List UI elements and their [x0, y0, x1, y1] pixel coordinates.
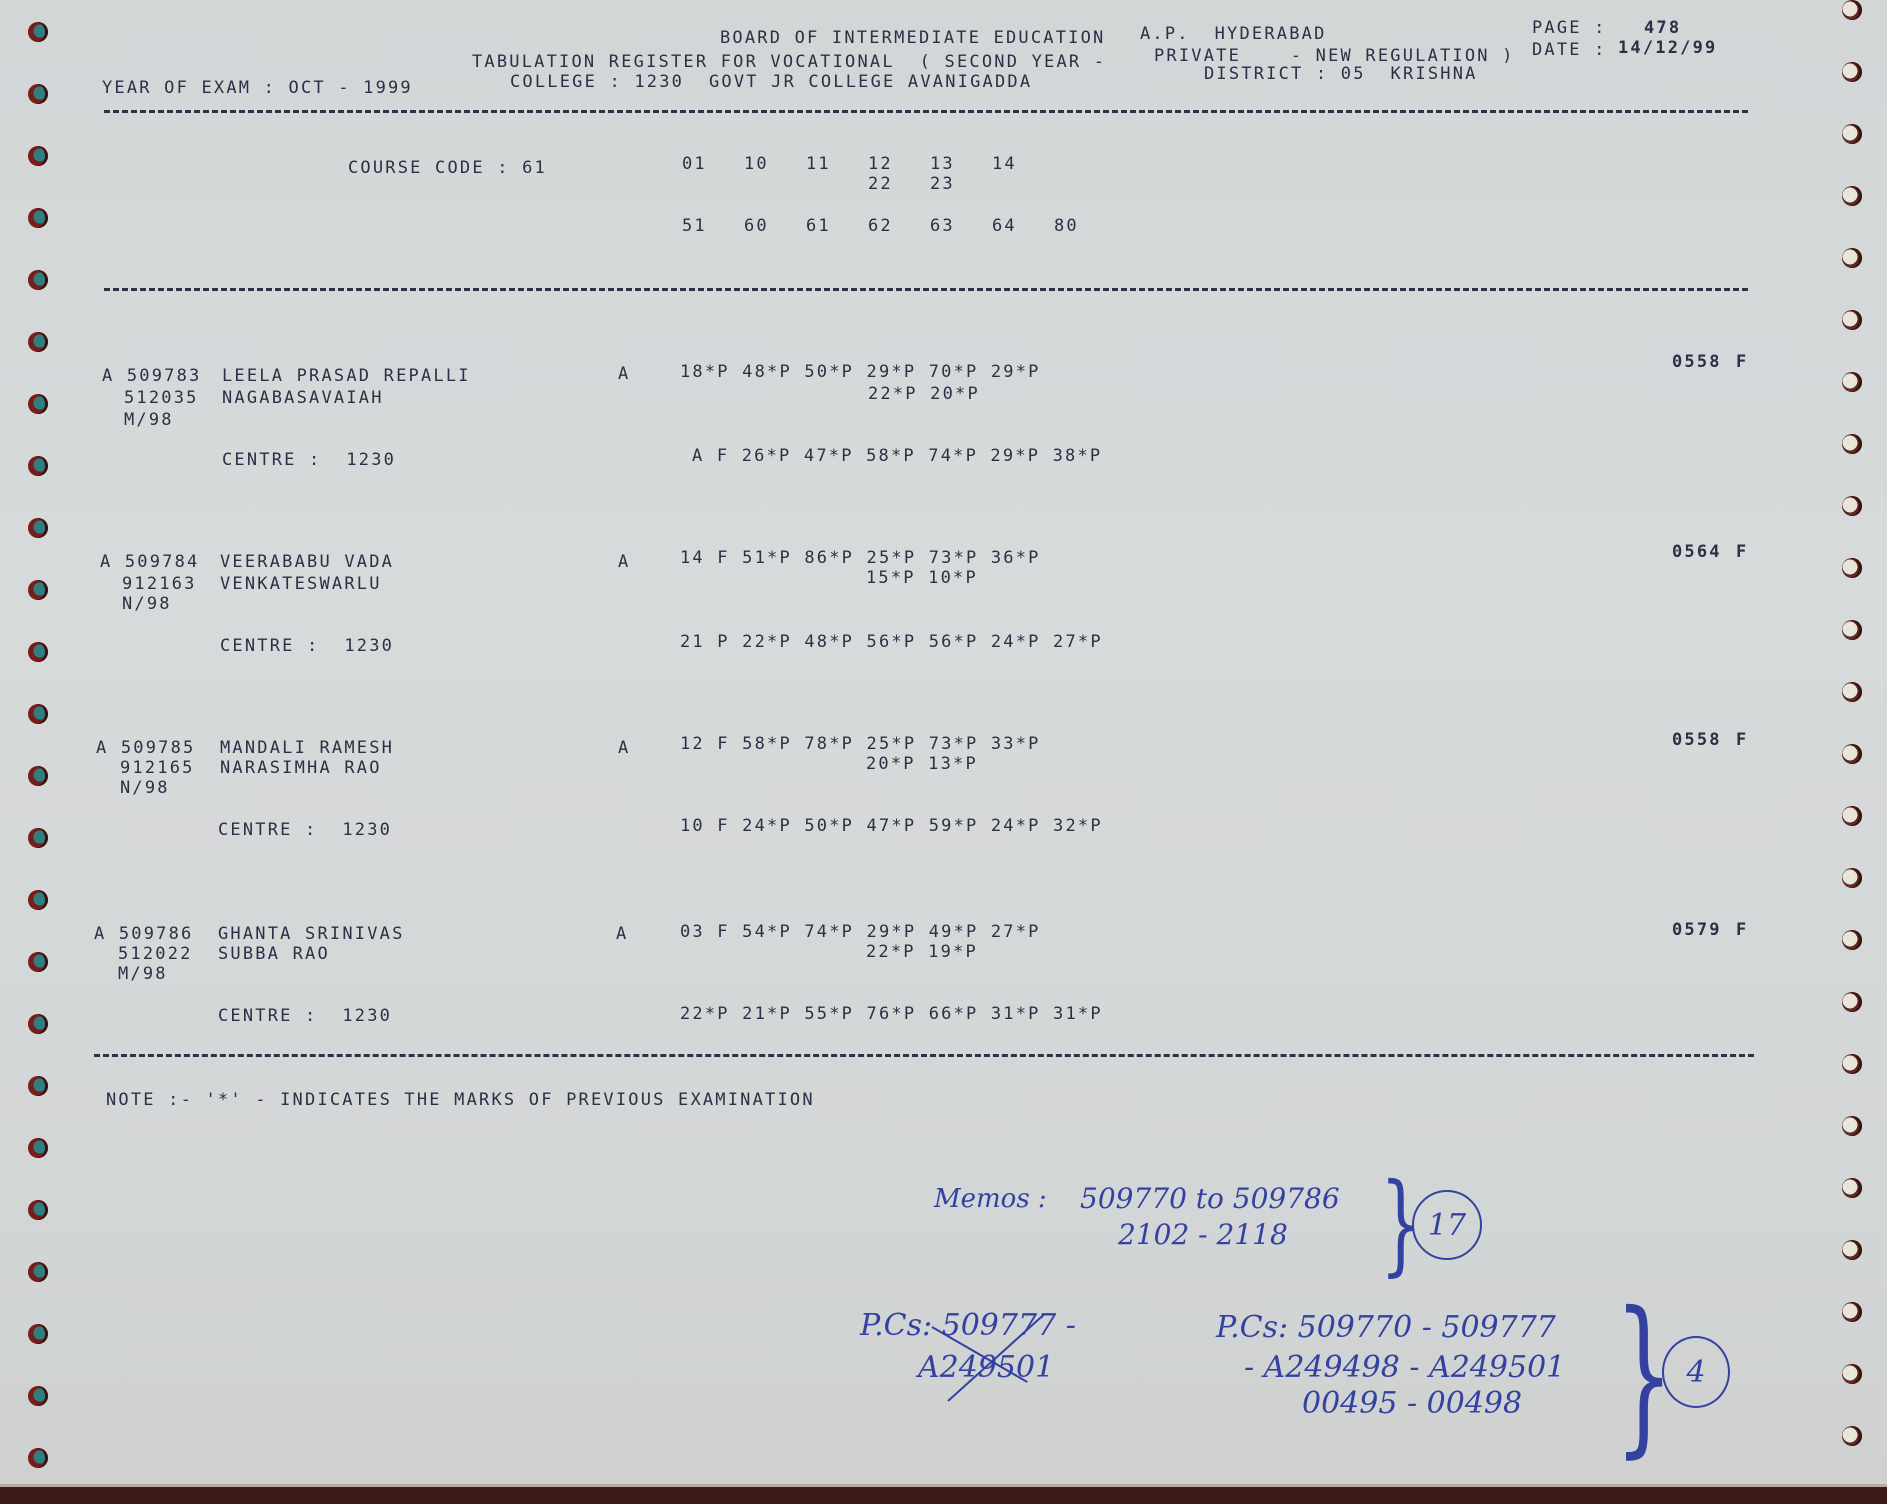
- feed-hole-icon: [28, 952, 48, 972]
- subject-code: 23: [930, 174, 955, 194]
- previous-exam: N/98: [122, 594, 172, 614]
- category: PRIVATE - NEW REGULATION ): [1154, 46, 1515, 66]
- memos-label: Memos :: [934, 1184, 1047, 1214]
- subject-code: 10: [744, 154, 769, 174]
- previous-exam: N/98: [120, 778, 170, 798]
- page-label: PAGE :: [1532, 18, 1607, 38]
- feed-hole-icon: [28, 208, 48, 228]
- grade: A: [618, 552, 630, 572]
- feed-hole-icon: [28, 394, 48, 414]
- feed-hole-icon: [28, 1386, 48, 1406]
- subject-code: 80: [1054, 216, 1079, 236]
- father-name: NAGABASAVAIAH: [222, 388, 384, 408]
- feed-hole-icon: [1842, 186, 1862, 206]
- subject-code: 14: [992, 154, 1017, 174]
- feed-hole-icon: [28, 1262, 48, 1282]
- result-status: F: [1736, 730, 1748, 750]
- student-name: MANDALI RAMESH: [220, 738, 394, 758]
- marks-first-year-sub: 20*P 13*P: [866, 754, 978, 774]
- feed-hole-icon: [28, 1138, 48, 1158]
- feed-hole-icon: [1842, 992, 1862, 1012]
- feed-hole-icon: [1842, 1240, 1862, 1260]
- feed-hole-icon: [28, 1014, 48, 1034]
- pcs-line2: - A249498 - A249501: [1244, 1350, 1565, 1385]
- memos-serial: 2102 - 2118: [1118, 1218, 1288, 1251]
- feed-hole-icon: [1842, 1364, 1862, 1384]
- subject-code: 22: [868, 174, 893, 194]
- feed-hole-icon: [1842, 496, 1862, 516]
- previous-exam: M/98: [124, 410, 174, 430]
- feed-hole-icon: [1842, 1178, 1862, 1198]
- feed-hole-icon: [28, 332, 48, 352]
- subject-code: 64: [992, 216, 1017, 236]
- feed-hole-icon: [28, 642, 48, 662]
- board-title: BOARD OF INTERMEDIATE EDUCATION: [720, 28, 1105, 48]
- subject-code: 61: [806, 216, 831, 236]
- grade: A: [618, 364, 630, 384]
- hall-ticket-number: A 509785: [96, 738, 195, 758]
- marks-first-year: 18*P 48*P 50*P 29*P 70*P 29*P: [680, 362, 1041, 382]
- student-name: GHANTA SRINIVAS: [218, 924, 405, 944]
- subject-code: 13: [930, 154, 955, 174]
- feed-hole-icon: [28, 1076, 48, 1096]
- feed-hole-icon: [1842, 1302, 1862, 1322]
- footnote: NOTE :- '*' - INDICATES THE MARKS OF PRE…: [106, 1090, 815, 1110]
- centre-code: CENTRE : 1230: [218, 1006, 392, 1026]
- total-marks: 0558: [1672, 730, 1722, 750]
- feed-hole-icon: [28, 766, 48, 786]
- subject-code: 62: [868, 216, 893, 236]
- feed-hole-icon: [28, 1324, 48, 1344]
- district-info: DISTRICT : 05 KRISHNA: [1204, 64, 1478, 84]
- subject-code: 60: [744, 216, 769, 236]
- memos-range: 509770 to 509786: [1080, 1182, 1340, 1215]
- feed-hole-icon: [28, 890, 48, 910]
- previous-exam: M/98: [118, 964, 168, 984]
- feed-hole-icon: [1842, 806, 1862, 826]
- registration-number: 512035: [124, 388, 199, 408]
- father-name: NARASIMHA RAO: [220, 758, 382, 778]
- feed-hole-icon: [28, 146, 48, 166]
- feed-hole-icon: [1842, 434, 1862, 454]
- feed-hole-icon: [28, 580, 48, 600]
- feed-hole-icon: [28, 1200, 48, 1220]
- grade: A: [618, 738, 630, 758]
- year-of-exam: YEAR OF EXAM : OCT - 1999: [102, 78, 413, 98]
- page-number: 478: [1644, 18, 1681, 38]
- separator-line: [104, 110, 1748, 113]
- feed-hole-icon: [1842, 372, 1862, 392]
- marks-first-year: 12 F 58*P 78*P 25*P 73*P 33*P: [680, 734, 1041, 754]
- subject-code: 01: [682, 154, 707, 174]
- father-name: VENKATESWARLU: [220, 574, 382, 594]
- state-city: A.P. HYDERABAD: [1140, 24, 1327, 44]
- feed-hole-icon: [1842, 868, 1862, 888]
- centre-code: CENTRE : 1230: [220, 636, 394, 656]
- feed-hole-icon: [1842, 682, 1862, 702]
- separator-line: [104, 288, 1748, 291]
- total-marks: 0564: [1672, 542, 1722, 562]
- hall-ticket-number: A 509783: [102, 366, 201, 386]
- memos-count-circle: 17: [1412, 1190, 1482, 1260]
- subject-code: 11: [806, 154, 831, 174]
- feed-hole-icon: [1842, 124, 1862, 144]
- marks-second-year: 10 F 24*P 50*P 47*P 59*P 24*P 32*P: [680, 816, 1103, 836]
- feed-hole-icon: [1842, 620, 1862, 640]
- registration-number: 512022: [118, 944, 193, 964]
- result-status: F: [1736, 920, 1748, 940]
- feed-hole-icon: [1842, 0, 1862, 20]
- subject-code: 51: [682, 216, 707, 236]
- registration-number: 912165: [120, 758, 195, 778]
- total-marks: 0558: [1672, 352, 1722, 372]
- feed-hole-icon: [28, 456, 48, 476]
- feed-hole-icon: [1842, 1054, 1862, 1074]
- student-name: LEELA PRASAD REPALLI: [222, 366, 471, 386]
- feed-hole-icon: [28, 518, 48, 538]
- marks-first-year-sub: 22*P 20*P: [868, 384, 980, 404]
- subject-code: 12: [868, 154, 893, 174]
- feed-hole-icon: [1842, 310, 1862, 330]
- marks-second-year: A F 26*P 47*P 58*P 74*P 29*P 38*P: [692, 446, 1102, 466]
- hall-ticket-number: A 509786: [94, 924, 193, 944]
- student-name: VEERABABU VADA: [220, 552, 394, 572]
- printout-sheet: BOARD OF INTERMEDIATE EDUCATION A.P. HYD…: [0, 0, 1887, 1487]
- marks-first-year-sub: 15*P 10*P: [866, 568, 978, 588]
- centre-code: CENTRE : 1230: [222, 450, 396, 470]
- date-label: DATE :: [1532, 40, 1607, 60]
- feed-hole-icon: [28, 704, 48, 724]
- result-status: F: [1736, 542, 1748, 562]
- centre-code: CENTRE : 1230: [218, 820, 392, 840]
- grade: A: [616, 924, 628, 944]
- pcs-line1: P.Cs: 509770 - 509777: [1216, 1310, 1556, 1345]
- total-marks: 0579: [1672, 920, 1722, 940]
- course-code-label: COURSE CODE : 61: [348, 158, 547, 178]
- marks-second-year: 22*P 21*P 55*P 76*P 66*P 31*P 31*P: [680, 1004, 1103, 1024]
- feed-hole-icon: [28, 270, 48, 290]
- report-date: 14/12/99: [1618, 38, 1717, 58]
- father-name: SUBBA RAO: [218, 944, 330, 964]
- separator-line: [94, 1054, 1754, 1057]
- hall-ticket-number: A 509784: [100, 552, 199, 572]
- feed-hole-icon: [1842, 744, 1862, 764]
- pcs-count-circle: 4: [1662, 1336, 1730, 1408]
- feed-hole-icon: [1842, 930, 1862, 950]
- feed-hole-icon: [1842, 1116, 1862, 1136]
- pcs-line3: 00495 - 00498: [1302, 1386, 1522, 1421]
- marks-first-year-sub: 22*P 19*P: [866, 942, 978, 962]
- feed-hole-icon: [1842, 1426, 1862, 1446]
- feed-hole-icon: [1842, 248, 1862, 268]
- feed-hole-icon: [28, 22, 48, 42]
- registration-number: 912163: [122, 574, 197, 594]
- feed-hole-icon: [28, 828, 48, 848]
- feed-hole-icon: [1842, 558, 1862, 578]
- feed-hole-icon: [28, 84, 48, 104]
- marks-second-year: 21 P 22*P 48*P 56*P 56*P 24*P 27*P: [680, 632, 1103, 652]
- college-info: COLLEGE : 1230 GOVT JR COLLEGE AVANIGADD…: [510, 72, 1032, 92]
- feed-hole-icon: [1842, 62, 1862, 82]
- result-status: F: [1736, 352, 1748, 372]
- feed-hole-icon: [28, 1448, 48, 1468]
- subject-code: 63: [930, 216, 955, 236]
- marks-first-year: 03 F 54*P 74*P 29*P 49*P 27*P: [680, 922, 1041, 942]
- register-title: TABULATION REGISTER FOR VOCATIONAL ( SEC…: [472, 52, 1106, 72]
- marks-first-year: 14 F 51*P 86*P 25*P 73*P 36*P: [680, 548, 1041, 568]
